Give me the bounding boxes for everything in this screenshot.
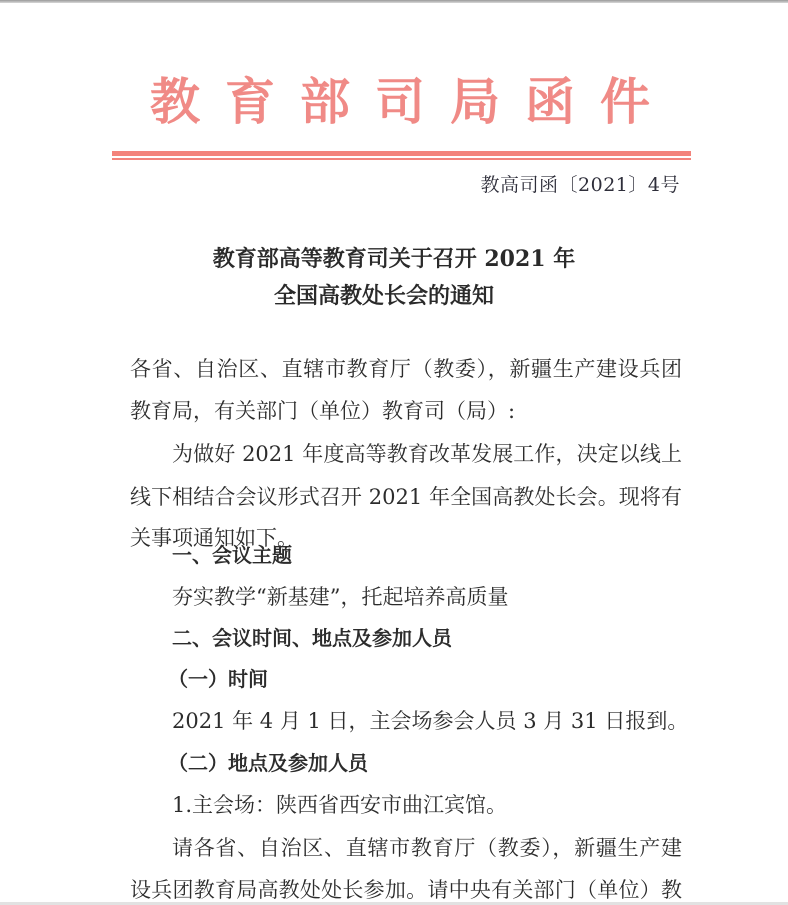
recipients-line1: 各省、自治区、直辖市教育厅（教委），新疆生产建设兵团 <box>130 348 682 390</box>
masthead-char: 函 <box>525 72 575 132</box>
subsection2-heading: （二）地点及参加人员 <box>168 742 720 784</box>
section1-text: 夯实教学“新基建”，托起培养高质量 <box>172 576 682 618</box>
masthead-char: 教 <box>150 72 200 132</box>
section2-heading: 二、会议时间、地点及参加人员 <box>172 617 682 659</box>
section1-heading: 一、会议主题 <box>172 534 682 576</box>
intro-line1: 为做好 2021 年度高等教育改革发展工作，决定以线上 <box>172 433 682 475</box>
item1-detail-line1: 请各省、自治区、直辖市教育厅（教委），新疆生产建 <box>172 827 682 869</box>
masthead-char: 部 <box>300 72 350 132</box>
intro-line2: 线下相结合会议形式召开 2021 年全国高教处长会。现将有 <box>130 476 682 518</box>
document-title-line1: 教育部高等教育司关于召开 2021 年 <box>0 243 788 275</box>
masthead-char: 件 <box>600 72 650 132</box>
masthead-char: 局 <box>450 72 500 132</box>
masthead-rule-thick <box>112 151 691 156</box>
item1-detail-line2: 设兵团教育局高教处处长参加。请中央有关部门（单位）教 <box>130 869 682 905</box>
subsection1-heading: （一）时间 <box>168 658 720 700</box>
page-top-edge <box>0 0 788 3</box>
item1-text: 1.主会场：陕西省西安市曲江宾馆。 <box>172 784 682 826</box>
masthead-rule-thin <box>112 158 691 160</box>
recipients-line2: 教育局，有关部门（单位）教育司（局）: <box>130 390 682 432</box>
document-number: 教高司函〔2021〕4号 <box>481 170 680 200</box>
document-title-line2: 全国高教处长会的通知 <box>0 280 778 312</box>
masthead-char: 育 <box>225 72 275 132</box>
masthead-char: 司 <box>375 72 425 132</box>
masthead: 教 育 部 司 局 函 件 <box>150 72 650 132</box>
subsection1-text: 2021 年 4 月 1 日，主会场参会人员 3 月 31 日报到。 <box>172 700 682 742</box>
